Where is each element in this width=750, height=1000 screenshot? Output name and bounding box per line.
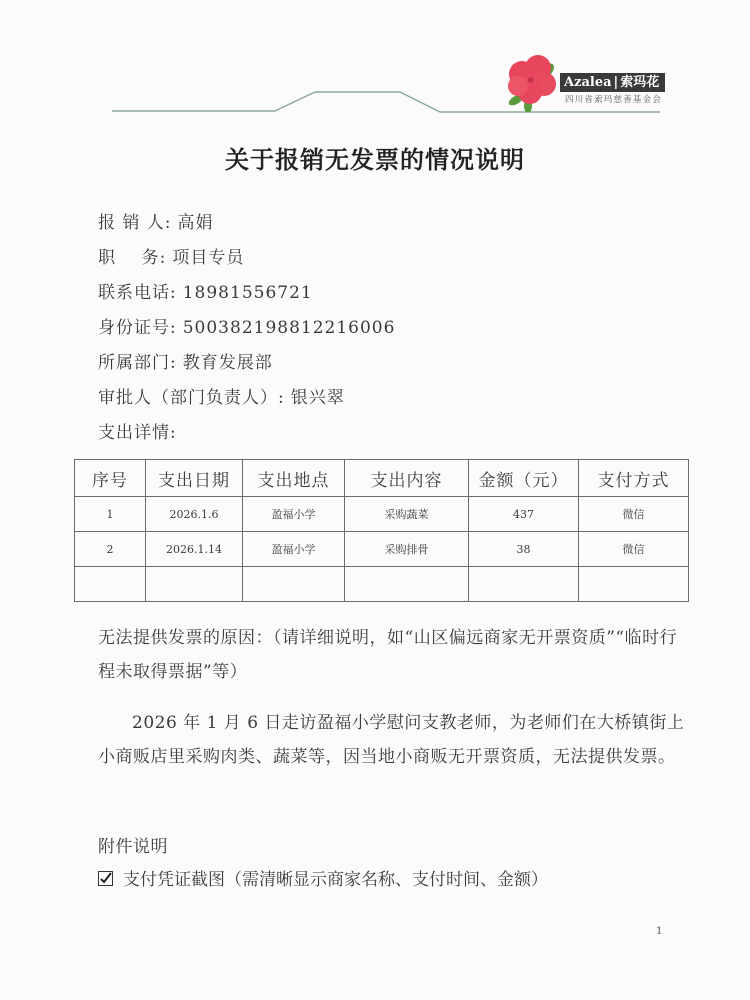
table-cell: 采购蔬菜 [345, 497, 469, 532]
expense-table: 序号 支出日期 支出地点 支出内容 金额（元） 支付方式 1 2026.1.6 … [74, 459, 689, 602]
table-header-row: 序号 支出日期 支出地点 支出内容 金额（元） 支付方式 [75, 460, 689, 497]
table-cell [146, 567, 243, 602]
table-cell: 2026.1.14 [146, 532, 243, 567]
column-header: 支出内容 [345, 460, 469, 497]
table-row-empty [75, 567, 689, 602]
table-cell [469, 567, 579, 602]
table-cell: 采购排骨 [345, 532, 469, 567]
table-cell: 437 [469, 497, 579, 532]
table-cell [345, 567, 469, 602]
table-cell: 2 [75, 532, 146, 567]
logo-brand-cn: 索玛花 [620, 75, 659, 90]
table-cell [579, 567, 689, 602]
page-number: 1 [656, 926, 662, 937]
field-value: 项目专员 [172, 243, 244, 268]
table-cell: 2026.1.6 [146, 497, 243, 532]
document-page: Azalea|索玛花 四川省索玛慈善基金会 关于报销无发票的情况说明 报 销 人… [0, 0, 750, 1000]
field-label: 审批人（部门负责人）: [98, 383, 285, 408]
column-header: 金额（元） [469, 460, 579, 497]
field-value: 500382198812216006 [183, 318, 396, 338]
column-header: 支付方式 [579, 460, 689, 497]
column-header: 序号 [75, 460, 146, 497]
field-id-number: 身份证号:500382198812216006 [98, 313, 395, 338]
table-cell: 38 [469, 532, 579, 567]
logo-org-name: 四川省索玛慈善基金会 [565, 93, 662, 105]
field-value: 银兴翠 [291, 383, 345, 408]
table-cell: 1 [75, 497, 146, 532]
column-header: 支出地点 [243, 460, 345, 497]
field-value: 18981556721 [183, 283, 313, 303]
field-label: 支出详情: [98, 418, 177, 443]
checkbox-checked-icon[interactable] [98, 871, 113, 886]
field-value: 高娟 [178, 208, 214, 233]
field-phone: 联系电话:18981556721 [98, 278, 313, 303]
field-label: 所属部门: [98, 348, 177, 373]
logo-banner: Azalea|索玛花 [560, 73, 665, 92]
field-approver: 审批人（部门负责人）:银兴翠 [98, 383, 345, 408]
table-row: 1 2026.1.6 盈福小学 采购蔬菜 437 微信 [75, 497, 689, 532]
table-cell: 盈福小学 [243, 497, 345, 532]
field-label: 身份证号: [98, 313, 177, 338]
reason-prompt: 无法提供发票的原因：（请详细说明，如“山区偏远商家无开票资质”“临时行程未取得票… [98, 621, 688, 689]
field-position: 职 务:项目专员 [98, 243, 244, 268]
azalea-flower-icon [504, 52, 564, 112]
table-cell: 盈福小学 [243, 532, 345, 567]
field-label: 职 务: [98, 243, 166, 268]
table-cell: 微信 [579, 532, 689, 567]
table-cell [243, 567, 345, 602]
document-title: 关于报销无发票的情况说明 [0, 140, 750, 175]
table-cell [75, 567, 146, 602]
field-expense-details: 支出详情: [98, 418, 177, 443]
attachment-item: 支付凭证截图（需清晰显示商家名称、支付时间、金额） [98, 865, 548, 890]
field-label: 联系电话: [98, 278, 177, 303]
field-department: 所属部门:教育发展部 [98, 348, 273, 373]
field-value: 教育发展部 [183, 348, 273, 373]
field-claimant: 报 销 人:高娟 [98, 208, 214, 233]
column-header: 支出日期 [146, 460, 243, 497]
reason-text: 2026 年 1 月 6 日走访盈福小学慰问支教老师，为老师们在大桥镇街上小商贩… [98, 706, 688, 774]
table-row: 2 2026.1.14 盈福小学 采购排骨 38 微信 [75, 532, 689, 567]
field-label: 报 销 人: [98, 208, 172, 233]
table-cell: 微信 [579, 497, 689, 532]
attachment-item-label: 支付凭证截图（需清晰显示商家名称、支付时间、金额） [123, 870, 548, 890]
attachment-heading: 附件说明 [98, 830, 688, 864]
logo-brand-en: Azalea [564, 75, 612, 90]
